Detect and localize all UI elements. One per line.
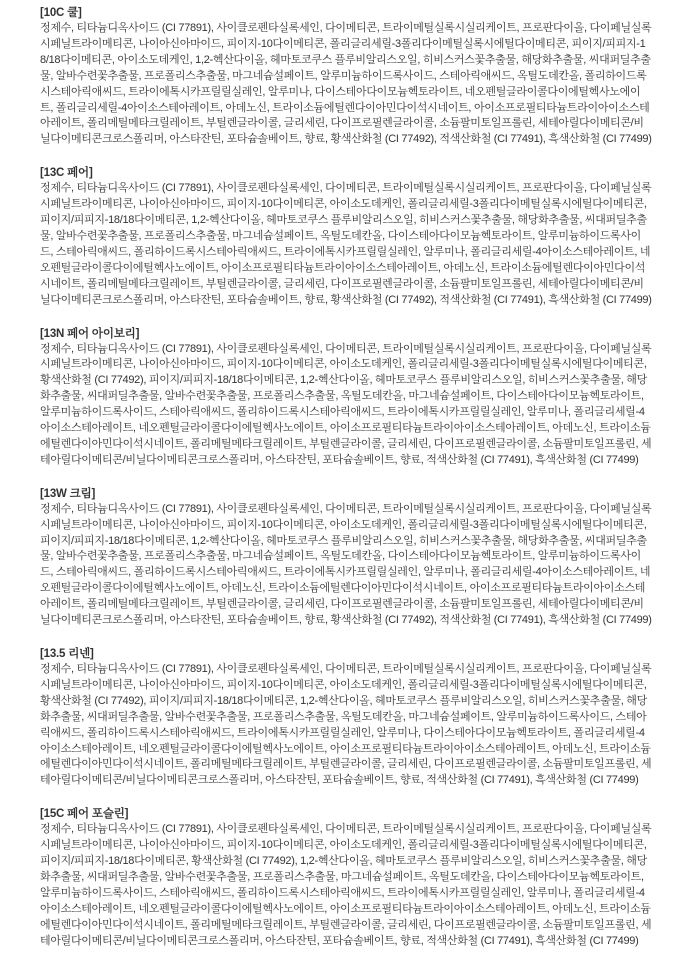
shade-section-13c-fair: [13C 페어] 정제수, 티타늄디옥사이드 (CI 77891), 사이클로펜… — [40, 165, 652, 308]
shade-section-13w-cream: [13W 크림] 정제수, 티타늄디옥사이드 (CI 77891), 사이클로펜… — [40, 486, 652, 629]
shade-name: [13W 크림] — [40, 486, 652, 502]
shade-section-13n-fair-ivory: [13N 페어 아이보리] 정제수, 티타늄디옥사이드 (CI 77891), … — [40, 326, 652, 469]
shade-name: [13.5 리넨] — [40, 646, 652, 662]
shade-name: [15C 페어 포슬린] — [40, 806, 652, 822]
ingredients-text: 정제수, 티타늄디옥사이드 (CI 77891), 사이클로펜타실록세인, 다이… — [40, 181, 652, 308]
ingredients-text: 정제수, 티타늄디옥사이드 (CI 77891), 사이클로펜타실록세인, 다이… — [40, 502, 652, 629]
ingredient-list-document: [10C 쿨] 정제수, 티타늄디옥사이드 (CI 77891), 사이클로펜타… — [0, 0, 688, 977]
shade-section-10c-cool: [10C 쿨] 정제수, 티타늄디옥사이드 (CI 77891), 사이클로펜타… — [40, 5, 652, 148]
ingredients-text: 정제수, 티타늄디옥사이드 (CI 77891), 사이클로펜타실록세인, 다이… — [40, 662, 652, 789]
shade-section-13-5-linen: [13.5 리넨] 정제수, 티타늄디옥사이드 (CI 77891), 사이클로… — [40, 646, 652, 789]
shade-name: [13C 페어] — [40, 165, 652, 181]
ingredients-text: 정제수, 티타늄디옥사이드 (CI 77891), 사이클로펜타실록세인, 다이… — [40, 21, 652, 148]
shade-name: [13N 페어 아이보리] — [40, 326, 652, 342]
shade-name: [10C 쿨] — [40, 5, 652, 21]
ingredients-text: 정제수, 티타늄디옥사이드 (CI 77891), 사이클로펜타실록세인, 다이… — [40, 342, 652, 469]
ingredients-text: 정제수, 티타늄디옥사이드 (CI 77891), 사이클로펜타실록세인, 다이… — [40, 822, 652, 949]
shade-section-15c-fair-porcelain: [15C 페어 포슬린] 정제수, 티타늄디옥사이드 (CI 77891), 사… — [40, 806, 652, 949]
